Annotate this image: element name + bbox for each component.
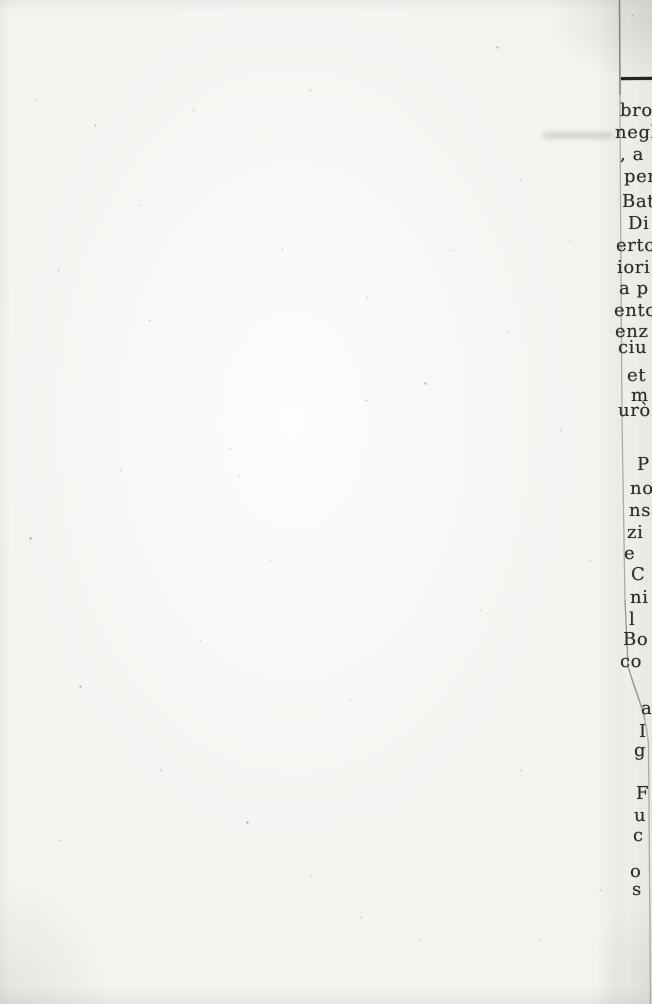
text-fragment: Bo bbox=[623, 631, 648, 649]
text-fragment: Bat bbox=[622, 193, 652, 211]
text-fragment: ni bbox=[630, 589, 649, 607]
text-fragment: , a bbox=[620, 146, 644, 164]
text-fragment: a bbox=[641, 700, 652, 718]
text-fragment: F bbox=[636, 785, 649, 803]
text-fragment: ns bbox=[629, 502, 651, 520]
scanned-page: bronegl, aperBatDiertoioria pentoenzciue… bbox=[0, 0, 652, 1004]
text-fragment: per bbox=[624, 168, 652, 186]
text-fragment: zi bbox=[627, 524, 643, 542]
text-fragment: a p bbox=[619, 280, 649, 298]
text-fragment: et bbox=[627, 367, 646, 385]
text-fragment: bro bbox=[620, 102, 652, 120]
text-fragment: l bbox=[629, 611, 635, 629]
text-fragment: C bbox=[631, 566, 645, 584]
text-fragment: e bbox=[624, 545, 635, 563]
text-fragment: urò bbox=[618, 402, 651, 420]
text-fragment: ciu bbox=[618, 339, 647, 357]
text-fragment: no bbox=[630, 480, 652, 498]
text-fragment: Di bbox=[628, 215, 649, 233]
text-fragment: s bbox=[632, 881, 642, 899]
text-fragment: iori bbox=[617, 259, 650, 277]
text-fragment: ento bbox=[614, 302, 652, 320]
text-fragment: co bbox=[620, 653, 642, 671]
text-fragment: g bbox=[634, 742, 646, 760]
text-fragment: u bbox=[634, 807, 646, 825]
text-fragment: P bbox=[637, 456, 650, 474]
text-fragment: erto bbox=[616, 237, 652, 255]
text-fragment: I bbox=[639, 723, 647, 741]
text-fragment: negl bbox=[615, 124, 652, 142]
next-page-text: bronegl, aperBatDiertoioria pentoenzciue… bbox=[0, 0, 652, 1004]
text-fragment: c bbox=[633, 827, 644, 845]
